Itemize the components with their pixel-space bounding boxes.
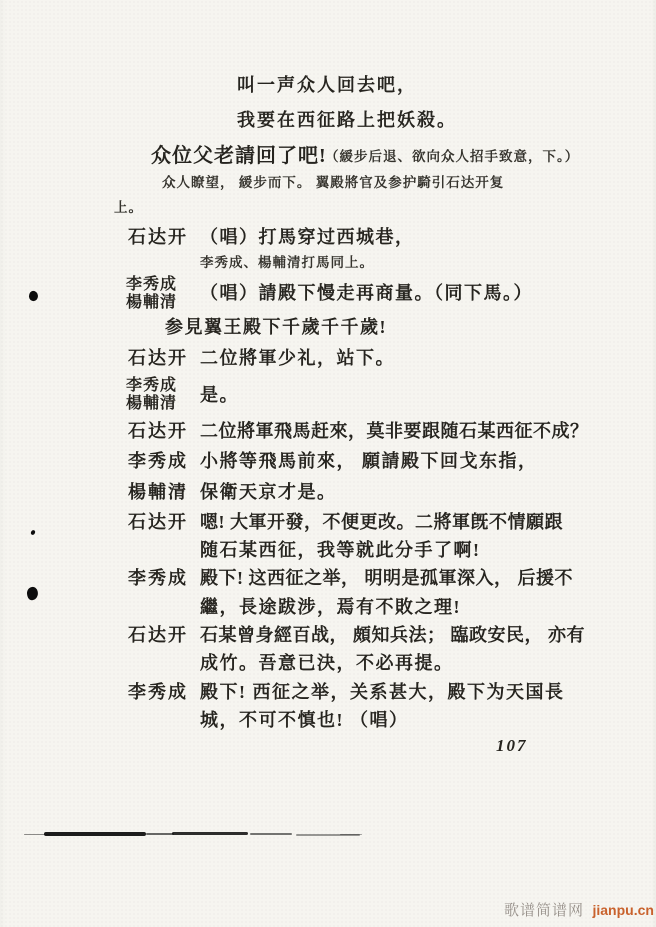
page-number: 107 — [496, 737, 528, 756]
dialogue-line: （唱）請殿下慢走再商量。（同下馬。） — [200, 284, 533, 304]
dialogue-line: 二位將軍少礼，站下。 — [200, 349, 395, 369]
stage-direction: （緩步后退、欲向众人招手致意，下。） — [325, 150, 579, 165]
speaker-name: 石达开 — [128, 422, 188, 442]
speaker-name: 楊輔清 — [128, 483, 188, 503]
watermark: 歌谱简谱网 jianpu.cn — [504, 899, 654, 920]
speaker-name: 楊輔清 — [126, 395, 177, 413]
dialogue-line: 小將等飛馬前來， 願請殿下回戈东指， — [200, 452, 538, 472]
speaker-name: 李秀成 — [126, 377, 177, 395]
speaker-name: 石达开 — [128, 228, 188, 248]
dialogue-line: 保衛天京才是。 — [200, 483, 337, 503]
dialogue-line-continuation: 繼，長途跋涉，焉有不敗之理! — [200, 598, 461, 618]
dialogue-line: 殿下! 这西征之举， 明明是孤軍深入， 后援不 — [200, 569, 573, 589]
dialogue-line-continuation: 城，不可不慎也! （唱） — [200, 711, 409, 731]
speaker-name: 石达开 — [128, 626, 188, 646]
speaker-name: 李秀成 — [126, 276, 177, 294]
dialogue-line: 嗯! 大軍开發，不便更改。二將軍旣不情願跟 — [200, 513, 563, 533]
dialogue-line-continuation: 随石某西征，我等就此分手了啊! — [200, 541, 481, 561]
dialogue-line: 石某曾身經百战， 頗知兵法； 臨政安民， 亦有 — [200, 626, 585, 646]
watermark-link[interactable]: jianpu.cn — [592, 902, 653, 918]
dialogue-line: （唱）打馬穿过西城巷， — [200, 228, 415, 248]
speaker-name: 李秀成 — [128, 683, 188, 703]
stage-direction: 李秀成、楊輔清打馬同上。 — [200, 256, 374, 271]
ink-blot — [26, 586, 39, 601]
dialogue-line: 二位將軍飛馬赶來，莫非要跟随石某西征不成？ — [200, 422, 589, 442]
dialogue-line: 是。 — [200, 386, 239, 406]
chorus-line: 参見翼王殿下千歲千千歲! — [165, 318, 387, 338]
verse-line: 叫一声众人回去吧， — [237, 76, 417, 96]
speaker-name: 石达开 — [128, 513, 188, 533]
stage-direction-continuation: 上。 — [114, 201, 143, 216]
speaker-name: 李秀成 — [128, 452, 188, 472]
speaker-name: 石达开 — [128, 349, 188, 369]
verse-line: 我要在西征路上把妖殺。 — [237, 111, 457, 131]
spoken-line: 众位父老請回了吧! — [151, 145, 327, 167]
scanned-script-page: 叫一声众人回去吧， 我要在西征路上把妖殺。 众位父老請回了吧! （緩步后退、欲向… — [0, 0, 656, 927]
dialogue-line: 殿下! 西征之举，关系甚大，殿下为天国長 — [200, 683, 565, 703]
ink-blot — [30, 529, 36, 535]
speaker-name: 楊輔清 — [126, 294, 177, 312]
dialogue-line-continuation: 成竹。吾意已決，不必再提。 — [200, 654, 454, 674]
watermark-site-name: 歌谱简谱网 — [504, 902, 584, 919]
ink-blot — [28, 290, 40, 302]
stage-direction: 众人瞭望， 緩步而下。 翼殿將官及参护騎引石达开复 — [162, 176, 504, 191]
speaker-name: 李秀成 — [128, 569, 188, 589]
